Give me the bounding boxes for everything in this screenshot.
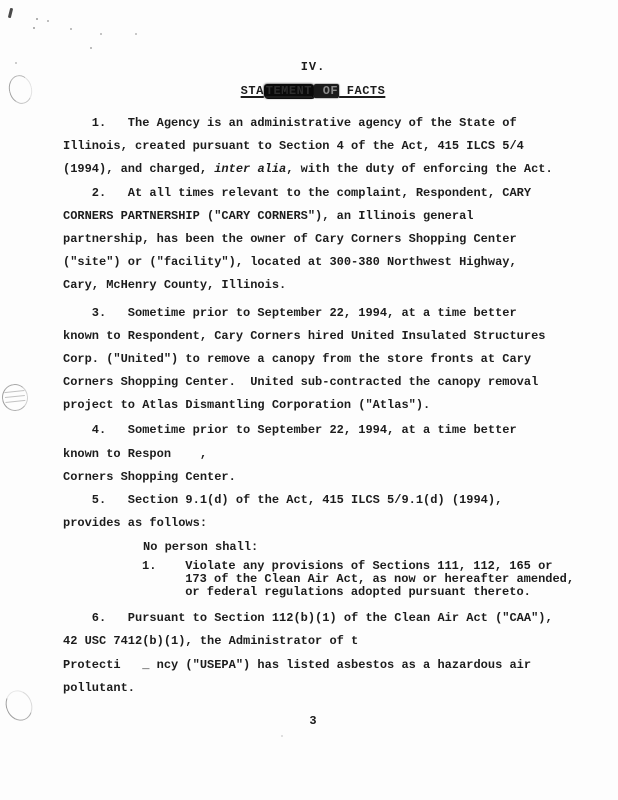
quote-item: 1. Violate any provisions of Sections 11… — [63, 560, 563, 600]
text-line: Cary, McHenry County, Illinois. — [63, 274, 563, 297]
text-line: CORNERS PARTNERSHIP ("CARY CORNERS"), an… — [63, 205, 563, 228]
text-line: Protecti _ ncy ("USEPA") has listed asbe… — [63, 654, 563, 677]
text-line: 6. Pursuant to Section 112(b)(1) of the … — [63, 607, 563, 630]
text-line: partnership, has been the owner of Cary … — [63, 228, 563, 251]
text-line: (1994), and charged, inter alia, with th… — [63, 158, 563, 181]
text-line: Illinois, created pursuant to Section 4 … — [63, 135, 563, 158]
scan-line-artifact — [5, 400, 25, 403]
text-line: pollutant. — [63, 677, 563, 700]
text-line: 173 of the Clean Air Act, as now or here… — [142, 573, 563, 586]
scan-speck — [281, 735, 283, 737]
paragraph-1: 1. The Agency is an administrative agenc… — [63, 112, 563, 182]
text-line: Corp. ("United") to remove a canopy from… — [63, 348, 563, 371]
title-obscured-text: TEMENT — [264, 84, 314, 98]
scan-speck — [8, 8, 13, 18]
scan-speck — [135, 33, 137, 35]
paragraph-2: 2. At all times relevant to the complain… — [63, 182, 563, 298]
text-line: 3. Sometime prior to September 22, 1994,… — [63, 302, 563, 325]
paragraphs-container: 1. The Agency is an administrative agenc… — [63, 112, 563, 700]
text-line: 2. At all times relevant to the complain… — [63, 182, 563, 205]
scan-speck — [33, 27, 35, 29]
text-line: No person shall: — [143, 536, 563, 559]
text-line: or federal regulations adopted pursuant … — [142, 586, 563, 599]
scan-speck — [36, 18, 38, 20]
scan-speck — [90, 47, 92, 49]
text-line: 4. Sometime prior to September 22, 1994,… — [63, 419, 563, 442]
document-body: IV. STATEMENT OF FACTS 1. The Agency is … — [63, 56, 563, 733]
paragraph-3: 3. Sometime prior to September 22, 1994,… — [63, 302, 563, 418]
title-visible-end: FACTS — [339, 84, 385, 98]
scan-speck — [15, 62, 17, 64]
text-line: known to Respon , — [63, 443, 563, 466]
scan-speck — [47, 20, 49, 22]
page-number: 3 — [63, 710, 563, 733]
hole-punch-mark — [6, 73, 35, 107]
text-line: provides as follows: — [63, 512, 563, 535]
quote-intro: No person shall: — [63, 536, 563, 559]
text-line: 1. The Agency is an administrative agenc… — [63, 112, 563, 135]
italic-text: inter alia — [214, 162, 286, 176]
paragraph-4: 4. Sometime prior to September 22, 1994,… — [63, 419, 563, 489]
scan-line-artifact — [4, 390, 24, 393]
text-line: ("site") or ("facility"), located at 300… — [63, 251, 563, 274]
text-segment: , with the duty of enforcing the Act. — [286, 162, 552, 176]
hole-punch-mark — [1, 686, 37, 724]
paragraph-6: 6. Pursuant to Section 112(b)(1) of the … — [63, 607, 563, 700]
scanned-document-page: IV. STATEMENT OF FACTS 1. The Agency is … — [0, 0, 618, 800]
section-title-text: STATEMENT OF FACTS — [241, 84, 386, 98]
scan-speck — [70, 28, 72, 30]
text-line: 5. Section 9.1(d) of the Act, 415 ILCS 5… — [63, 489, 563, 512]
text-line: project to Atlas Dismantling Corporation… — [63, 394, 563, 417]
paragraph-5: 5. Section 9.1(d) of the Act, 415 ILCS 5… — [63, 489, 563, 535]
scan-speck — [100, 33, 102, 35]
title-obscured-text: OF — [314, 84, 339, 98]
title-visible-start: STA — [241, 84, 264, 98]
scan-line-artifact — [5, 395, 25, 398]
text-line: Corners Shopping Center. United sub-cont… — [63, 371, 563, 394]
text-line: 42 USC 7412(b)(1), the Administrator of … — [63, 630, 563, 653]
hole-punch-mark — [1, 383, 30, 413]
text-segment: (1994), and charged, — [63, 162, 214, 176]
text-line: known to Respondent, Cary Corners hired … — [63, 325, 563, 348]
section-title: STATEMENT OF FACTS — [63, 79, 563, 103]
section-number-heading: IV. — [63, 56, 563, 79]
text-line: 1. Violate any provisions of Sections 11… — [142, 560, 563, 573]
text-line: Corners Shopping Center. — [63, 466, 563, 489]
